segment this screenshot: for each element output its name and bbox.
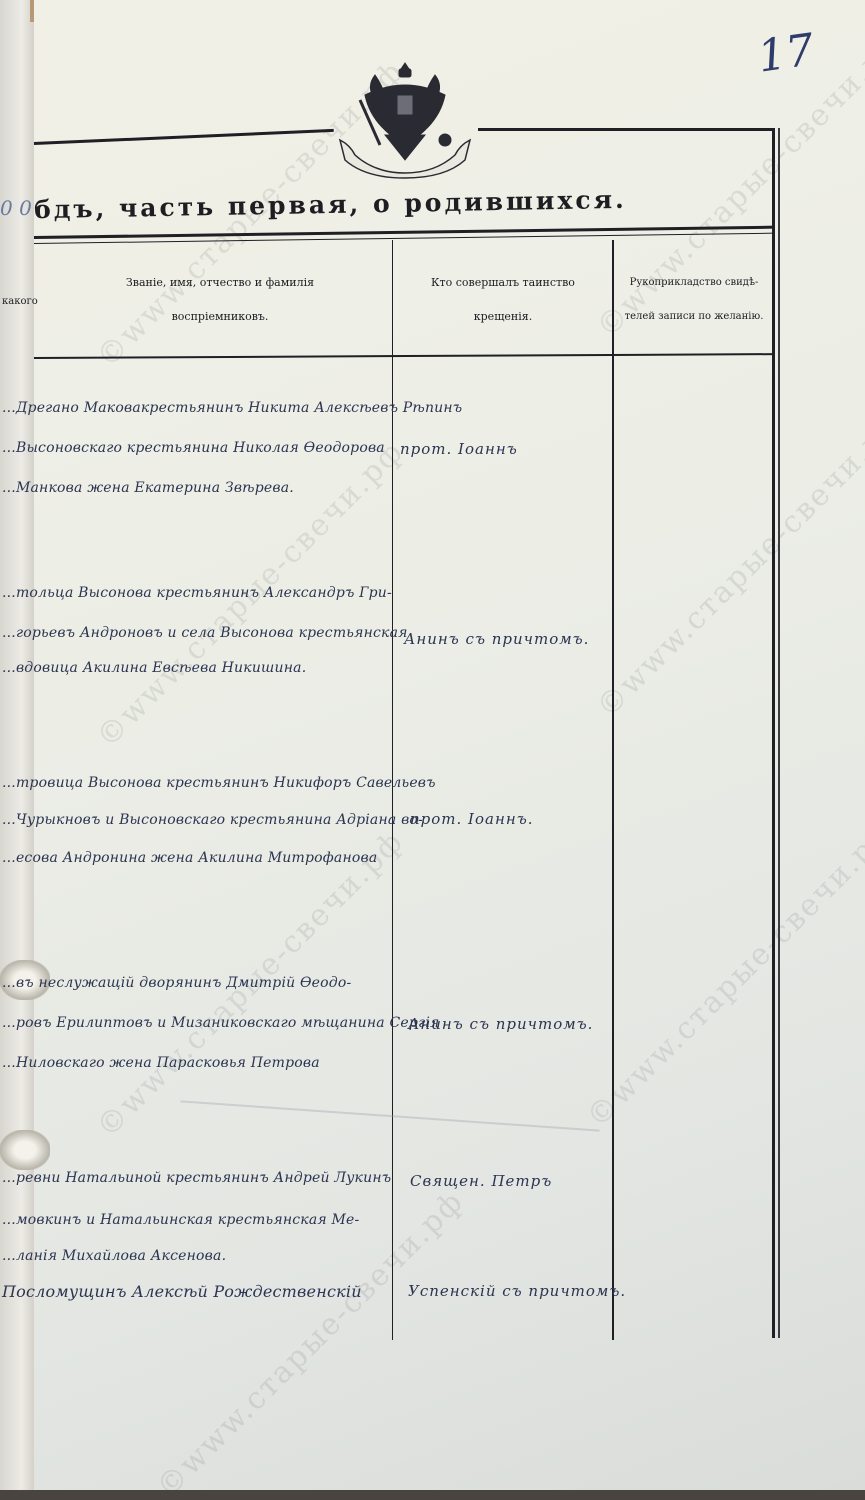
- godparent-line: ...горьевъ Андроновъ и села Высонова кре…: [2, 625, 408, 641]
- left-page-header-fragment: какого: [2, 296, 38, 307]
- godparent-line: ...Высоновскаго крестьянина Николая Ѳеод…: [2, 440, 385, 456]
- godparent-line: ...мовкинъ и Натальинская крестьянская М…: [2, 1212, 359, 1228]
- page-number: 17: [755, 24, 818, 82]
- godparent-line: ...Ниловскаго жена Парасковья Петрова: [2, 1055, 320, 1071]
- register-page: [34, 0, 865, 1500]
- officiant: прот. Іоаннъ: [400, 440, 518, 458]
- godparent-line: ...вдовица Акилина Евсѣева Никишина.: [2, 660, 306, 676]
- officiant: Анинъ съ причтомъ.: [404, 630, 589, 648]
- column-header-officiant: Кто совершалъ таинство крещенія.: [396, 266, 610, 334]
- paper-damage: [0, 1130, 50, 1170]
- officiant: Успенскій съ причтомъ.: [408, 1282, 626, 1300]
- column-divider-2: [612, 240, 614, 1340]
- officiant: прот. Іоаннъ.: [410, 810, 533, 828]
- left-page-fragment: 0 0: [0, 196, 32, 220]
- godparent-line: ...ревни Натальиной крестьянинъ Андрей Л…: [2, 1170, 391, 1186]
- officiant: Священ. Петръ: [410, 1172, 552, 1190]
- column-header-witness-signatures: Рукоприкладство свидѣ- телей записи по ж…: [614, 266, 774, 334]
- godparent-line: Посломущинъ Алексѣй Рождественскій: [2, 1282, 362, 1301]
- godparent-line: ...Дрегано Маковакрестьянинъ Никита Алек…: [2, 400, 462, 416]
- page-bottom-edge: [0, 1490, 865, 1500]
- godparent-line: ...есова Андронина жена Акилина Митрофан…: [2, 850, 377, 866]
- godparent-line: ...ровъ Ерилиптовъ и Мизаниковскаго мѣща…: [2, 1015, 440, 1031]
- godparent-line: ...Манкова жена Екатерина Звѣрева.: [2, 480, 294, 496]
- left-page-edge: [0, 0, 37, 1500]
- godparent-line: ...тровица Высонова крестьянинъ Никифоръ…: [2, 775, 436, 791]
- double-headed-eagle-icon: [335, 55, 475, 180]
- godparent-line: ...ланія Михайлова Аксенова.: [2, 1248, 226, 1264]
- column-header-godparents: Званіе, имя, отчество и фамилія воспріем…: [50, 266, 390, 334]
- godparent-line: ...тольца Высонова крестьянинъ Александр…: [2, 585, 392, 601]
- godparent-line: ...въ неслужащій дворянинъ Дмитрій Ѳеодо…: [2, 975, 351, 991]
- godparent-line: ...Чурыкновъ и Высоновскаго крестьянина …: [2, 812, 423, 828]
- frame-top-right: [478, 128, 774, 131]
- frame-right-inner: [778, 128, 780, 1338]
- officiant: Анинъ съ причтомъ.: [408, 1015, 593, 1033]
